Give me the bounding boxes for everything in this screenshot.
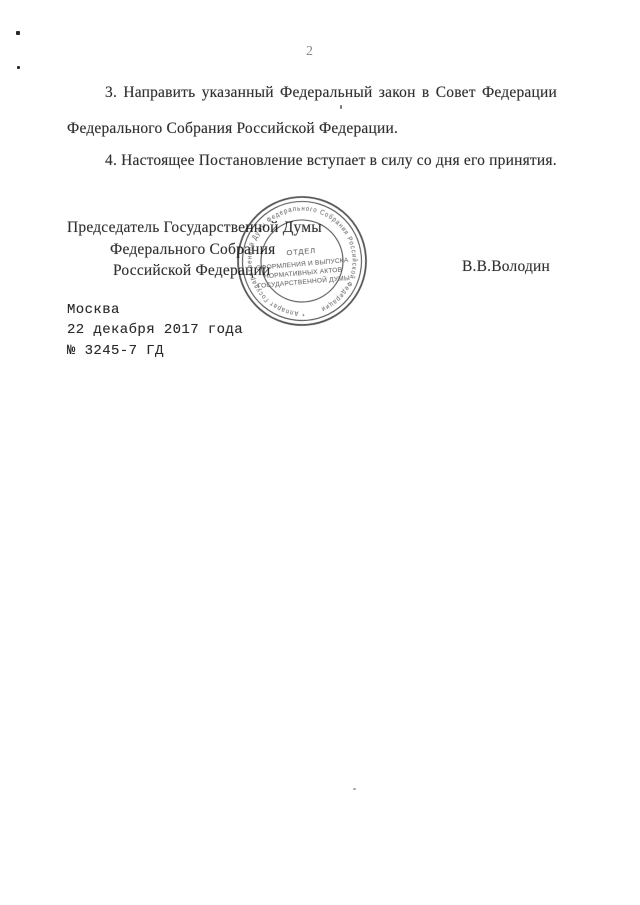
scan-artifact-speck xyxy=(353,788,356,790)
scan-artifact-dash xyxy=(340,105,342,109)
footer-city: Москва xyxy=(67,302,120,318)
paragraph-4: 4. Настоящее Постановление вступает в си… xyxy=(105,153,557,169)
footer-date: 22 декабря 2017 года xyxy=(67,322,243,338)
scan-artifact-dot xyxy=(16,31,20,35)
paragraph-3-line-2: Федерального Собрания Российской Федерац… xyxy=(67,121,398,137)
paragraph-3-line-1: 3. Направить указанный Федеральный закон… xyxy=(105,85,557,101)
page-number: 2 xyxy=(306,44,314,60)
document-page: 2 3. Направить указанный Федеральный зак… xyxy=(0,0,640,905)
stamp-center-line-1: ОТДЕЛ xyxy=(286,246,316,258)
scan-artifact-dot xyxy=(17,66,20,69)
signatory-name: В.В.Володин xyxy=(462,258,550,276)
footer-document-number: № 3245-7 ГД xyxy=(67,343,164,359)
